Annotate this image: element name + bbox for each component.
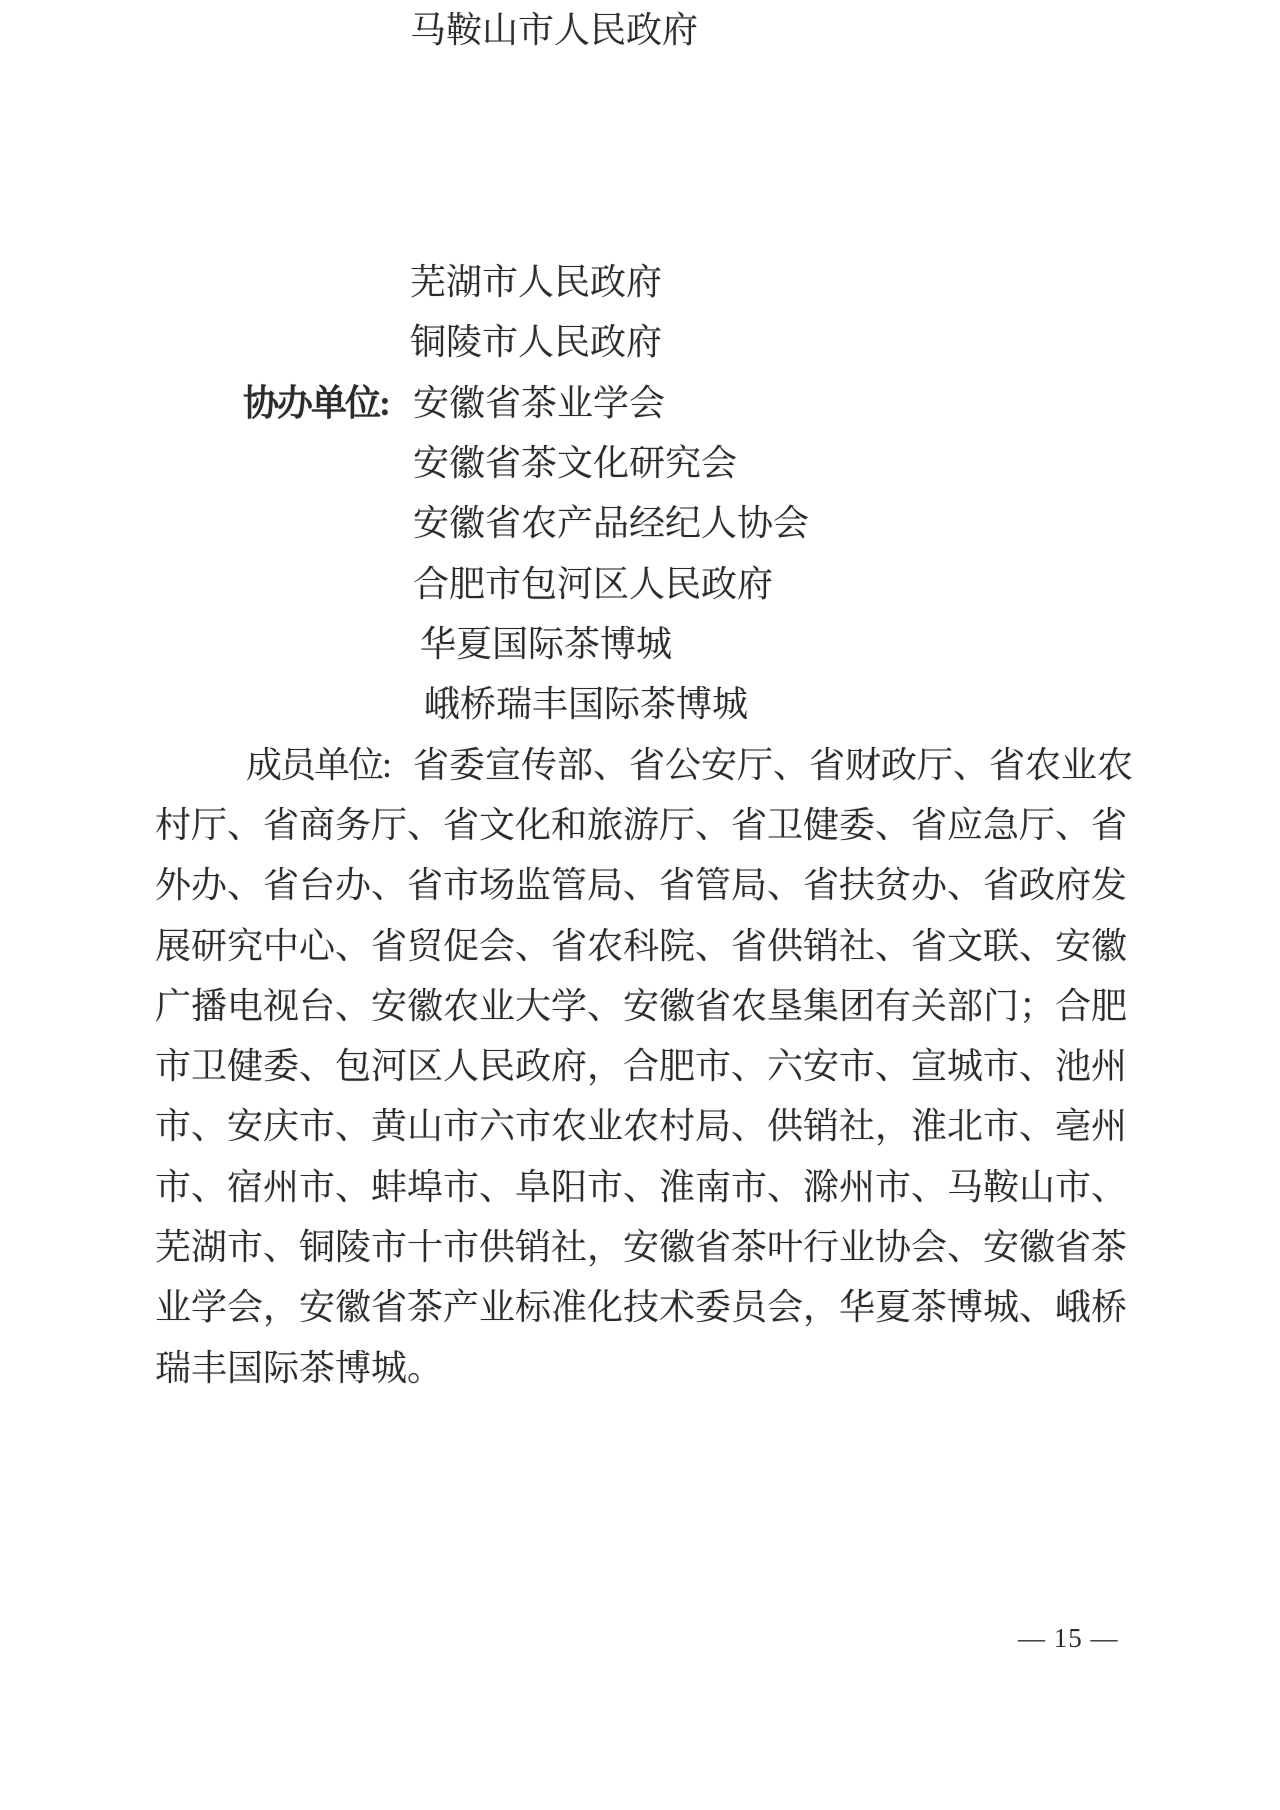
member-line-text: 瑞丰国际茶博城。 — [155, 1338, 443, 1398]
member-line-text: 省委宣传部、省公安厅、省财政厅、省农业农 — [413, 735, 1133, 795]
member-paragraph-line: 村厅、省商务厅、省文化和旅游厅、省卫健委、省应急厅、省 — [0, 795, 1280, 855]
member-line-text: 市、安庆市、黄山市六市农业农村局、供销社，淮北市、亳州 — [155, 1096, 1127, 1156]
member-line-text: 市、宿州市、蚌埠市、阜阳市、淮南市、滁州市、马鞍山市、 — [155, 1157, 1127, 1217]
co-organizer-item-text: 合肥市包河区人民政府 — [413, 554, 773, 614]
member-line-text: 业学会，安徽省茶产业标准化技术委员会，华夏茶博城、峨桥 — [155, 1277, 1127, 1337]
co-organizer-label: 协办单位: — [243, 373, 389, 433]
member-line-text: 广播电视台、安徽农业大学、安徽省农垦集团有关部门；合肥 — [155, 976, 1127, 1036]
page-number: — 15 — — [1018, 1618, 1119, 1658]
co-organizer-item: 安徽省茶文化研究会 — [0, 433, 1280, 493]
member-paragraph-line: 瑞丰国际茶博城。 — [0, 1338, 1280, 1398]
member-paragraph-line: 外办、省台办、省市场监管局、省管局、省扶贫办、省政府发 — [0, 855, 1280, 915]
co-organizer-item: 峨桥瑞丰国际茶博城 — [0, 674, 1280, 734]
organizer-item-text: 马鞍山市人民政府 — [410, 0, 698, 60]
co-organizer-item-text: 安徽省茶业学会 — [413, 373, 665, 433]
co-organizer-item-text: 安徽省农产品经纪人协会 — [413, 493, 809, 553]
member-paragraph-line: 市卫健委、包河区人民政府，合肥市、六安市、宣城市、池州 — [0, 1036, 1280, 1096]
co-organizer-item: 华夏国际茶博城 — [0, 614, 1280, 674]
organizer-item: 马鞍山市人民政府 — [0, 0, 1280, 60]
organizer-item-text: 芜湖市人民政府 — [410, 252, 662, 312]
member-line-text: 芜湖市、铜陵市十市供销社，安徽省茶叶行业协会、安徽省茶 — [155, 1217, 1127, 1277]
member-label: 成员单位: — [246, 735, 390, 795]
organizer-item-text: 铜陵市人民政府 — [410, 312, 662, 372]
member-paragraph-first-line: 成员单位: 省委宣传部、省公安厅、省财政厅、省农业农 — [0, 735, 1280, 795]
member-paragraph-line: 展研究中心、省贸促会、省农科院、省供销社、省文联、安徽 — [0, 916, 1280, 976]
co-organizer-item-text: 峨桥瑞丰国际茶博城 — [424, 674, 748, 734]
organizer-item: 铜陵市人民政府 — [0, 312, 1280, 372]
member-line-text: 村厅、省商务厅、省文化和旅游厅、省卫健委、省应急厅、省 — [155, 795, 1127, 855]
organizer-item: 芜湖市人民政府 — [0, 252, 1280, 312]
member-paragraph-line: 市、安庆市、黄山市六市农业农村局、供销社，淮北市、亳州 — [0, 1096, 1280, 1156]
co-organizer-item-text: 华夏国际茶博城 — [420, 614, 672, 674]
co-organizer-row: 协办单位: 安徽省茶业学会 — [0, 373, 1280, 433]
co-organizer-item: 安徽省农产品经纪人协会 — [0, 493, 1280, 553]
member-line-text: 市卫健委、包河区人民政府，合肥市、六安市、宣城市、池州 — [155, 1036, 1127, 1096]
co-organizer-item-text: 安徽省茶文化研究会 — [413, 433, 737, 493]
member-paragraph-line: 业学会，安徽省茶产业标准化技术委员会，华夏茶博城、峨桥 — [0, 1277, 1280, 1337]
member-paragraph-line: 芜湖市、铜陵市十市供销社，安徽省茶叶行业协会、安徽省茶 — [0, 1217, 1280, 1277]
co-organizer-item: 合肥市包河区人民政府 — [0, 554, 1280, 614]
member-line-text: 展研究中心、省贸促会、省农科院、省供销社、省文联、安徽 — [155, 916, 1127, 976]
member-line-text: 外办、省台办、省市场监管局、省管局、省扶贫办、省政府发 — [155, 855, 1127, 915]
document-page: 马鞍山市人民政府 芜湖市人民政府 铜陵市人民政府 协办单位: 安徽省茶业学会 安… — [0, 0, 1280, 1810]
member-paragraph-line: 广播电视台、安徽农业大学、安徽省农垦集团有关部门；合肥 — [0, 976, 1280, 1036]
member-paragraph-line: 市、宿州市、蚌埠市、阜阳市、淮南市、滁州市、马鞍山市、 — [0, 1157, 1280, 1217]
